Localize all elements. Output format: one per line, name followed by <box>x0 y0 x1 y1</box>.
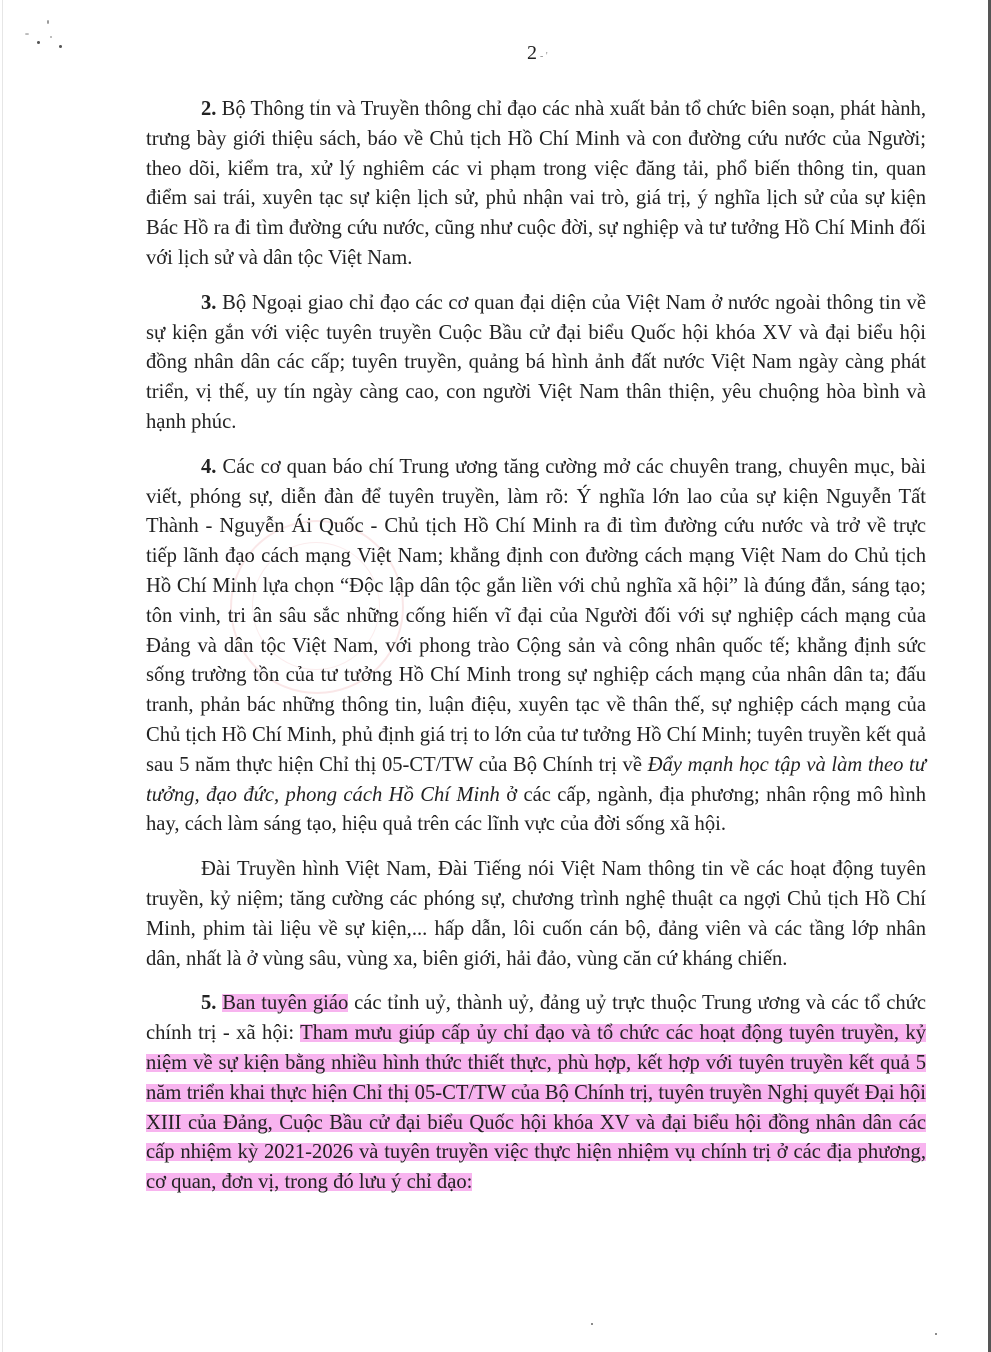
paragraph-text: Bộ Ngoại giao chỉ đạo các cơ quan đại di… <box>146 292 926 433</box>
paragraph-number: 5. <box>201 992 216 1014</box>
paragraph-text: Bộ Thông tin và Truyền thông chỉ đạo các… <box>146 98 926 269</box>
paragraph-broadcast: Đài Truyền hình Việt Nam, Đài Tiếng nói … <box>146 855 926 974</box>
paragraph-number: 3. <box>201 292 216 314</box>
paragraph-number: 2. <box>201 98 216 120</box>
page-edge-left <box>2 0 3 1352</box>
paragraph-3: 3. Bộ Ngoại giao chỉ đạo các cơ quan đại… <box>146 289 926 438</box>
document-body: 2. Bộ Thông tin và Truyền thông chỉ đạo … <box>146 95 926 1198</box>
paragraph-number: 4. <box>201 456 216 478</box>
page-number-value: 2 <box>527 42 537 64</box>
highlighted-text: Tham mưu giúp cấp ủy chỉ đạo và tổ chức … <box>146 1022 926 1193</box>
page-number: 2- ' <box>527 42 548 65</box>
paragraph-text: Các cơ quan báo chí Trung ương tăng cườn… <box>146 456 926 776</box>
scan-speck <box>591 1323 593 1325</box>
highlighted-text: Ban tuyên giáo <box>222 992 348 1014</box>
paragraph-5: 5. Ban tuyên giáo các tỉnh uỷ, thành uỷ,… <box>146 989 926 1198</box>
scan-speck <box>935 1333 937 1335</box>
scan-speck <box>318 99 320 101</box>
page-number-suffix: - ' <box>540 51 548 62</box>
paragraph-text: Đài Truyền hình Việt Nam, Đài Tiếng nói … <box>146 858 926 969</box>
scan-specks <box>20 15 120 85</box>
paragraph-2: 2. Bộ Thông tin và Truyền thông chỉ đạo … <box>146 95 926 274</box>
paragraph-4: 4. Các cơ quan báo chí Trung ương tăng c… <box>146 453 926 840</box>
